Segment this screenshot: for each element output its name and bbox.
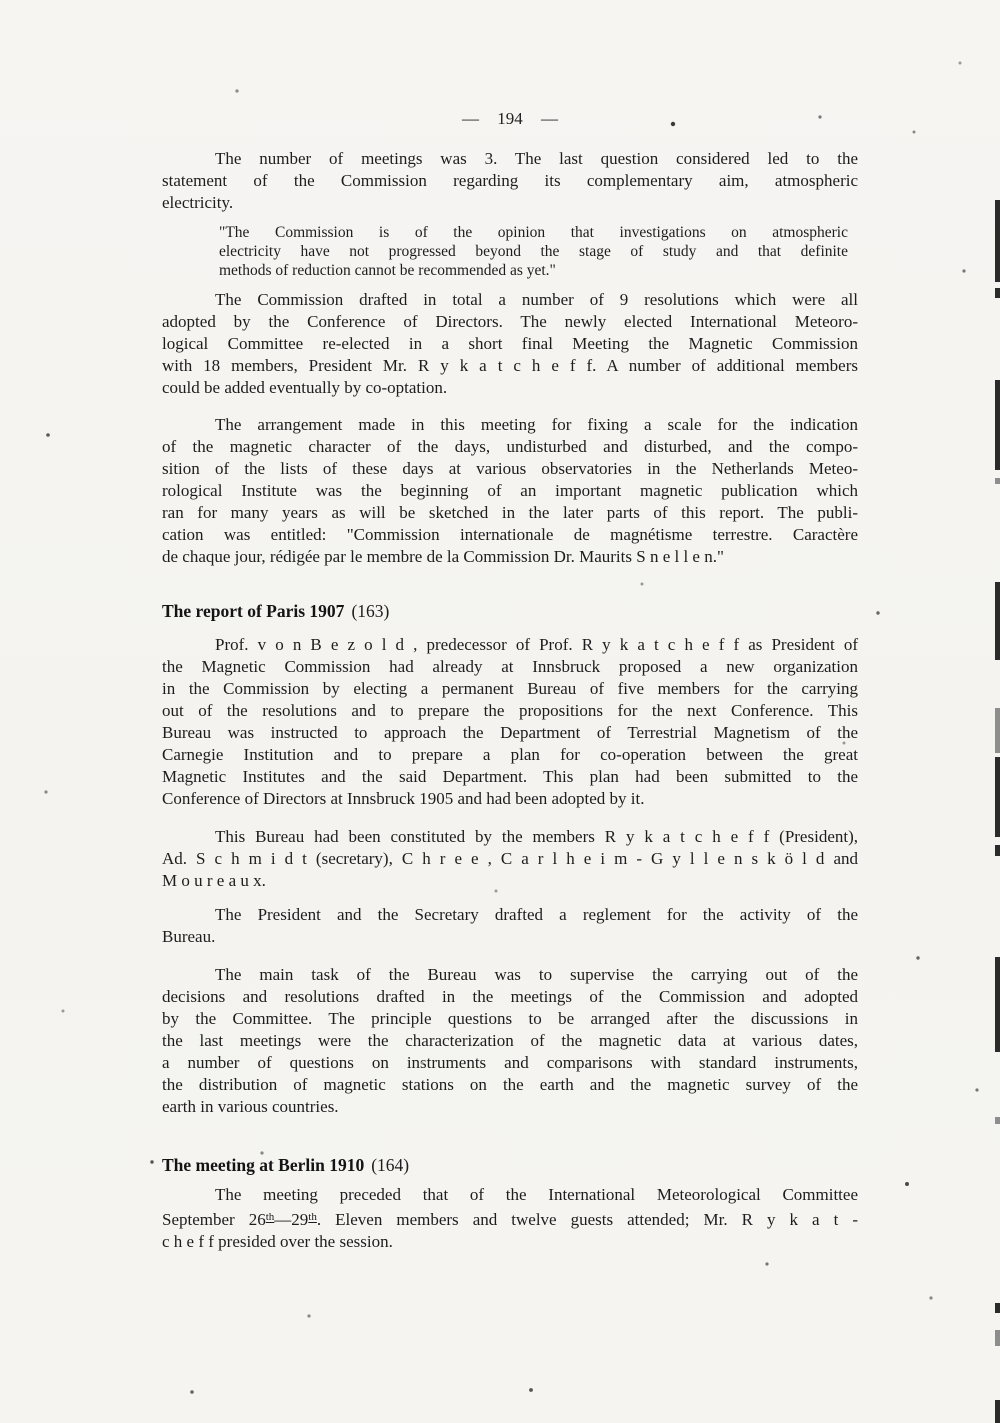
text-line: The Commission drafted in total a number… bbox=[162, 289, 858, 311]
text-line: in the Commission by electing a permanen… bbox=[162, 678, 858, 700]
edge-mark bbox=[995, 582, 1000, 660]
text-segment: —29 bbox=[274, 1210, 308, 1229]
document-page: — 194 — The number of meetings was 3. Th… bbox=[0, 0, 1000, 1423]
edge-mark bbox=[995, 1330, 1000, 1346]
edge-mark bbox=[995, 957, 1000, 1052]
text-line: cation was entitled: "Commission interna… bbox=[162, 524, 858, 546]
edge-mark bbox=[995, 1400, 1000, 1423]
text-line: decisions and resolutions drafted in the… bbox=[162, 986, 858, 1008]
text-line: of the magnetic character of the days, u… bbox=[162, 436, 858, 458]
text-line: Ad. S c h m i d t (secretary), C h r e e… bbox=[162, 848, 858, 870]
edge-mark bbox=[995, 478, 1000, 484]
text-line: with 18 members, President Mr. R y k a t… bbox=[162, 355, 858, 377]
text-line: methods of reduction cannot be recommend… bbox=[219, 261, 848, 280]
heading-ref: (164) bbox=[371, 1155, 409, 1175]
text-line: statement of the Commission regarding it… bbox=[162, 170, 858, 192]
paragraph-main-task: The main task of the Bureau was to super… bbox=[162, 964, 858, 1118]
text-line: M o u r e a u x. bbox=[162, 870, 858, 892]
text-line: sition of the lists of these days at var… bbox=[162, 458, 858, 480]
text-line: ran for many years as will be sketched i… bbox=[162, 502, 858, 524]
paragraph-resolutions: The Commission drafted in total a number… bbox=[162, 289, 858, 399]
text-line: September 26th—29th. Eleven members and … bbox=[162, 1206, 858, 1231]
edge-mark bbox=[995, 288, 1000, 298]
text-line: the distribution of magnetic stations on… bbox=[162, 1074, 858, 1096]
edge-mark bbox=[995, 200, 1000, 282]
text-line: "The Commission is of the opinion that i… bbox=[219, 223, 848, 242]
heading-ref: (163) bbox=[351, 601, 389, 621]
paragraph-bureau-members: This Bureau had been constituted by the … bbox=[162, 826, 858, 892]
text-line: earth in various countries. bbox=[162, 1096, 858, 1118]
text-line: the Magnetic Commission had already at I… bbox=[162, 656, 858, 678]
text-line: The arrangement made in this meeting for… bbox=[162, 414, 858, 436]
text-line: Carnegie Institution and to prepare a pl… bbox=[162, 744, 858, 766]
paragraph-berlin-meeting: The meeting preceded that of the Interna… bbox=[162, 1184, 858, 1253]
edge-mark bbox=[995, 1303, 1000, 1313]
text-line: de chaque jour, rédigée par le membre de… bbox=[162, 546, 858, 568]
heading-title: The report of Paris 1907 bbox=[162, 601, 344, 621]
edge-mark bbox=[995, 757, 1000, 837]
text-line: logical Committee re-elected in a short … bbox=[162, 333, 858, 355]
heading-title: The meeting at Berlin 1910 bbox=[162, 1155, 364, 1175]
heading-berlin-1910: The meeting at Berlin 1910(164) bbox=[162, 1154, 858, 1176]
edge-mark bbox=[995, 380, 1000, 470]
text-line: could be added eventually by co-optation… bbox=[162, 377, 858, 399]
text-line: The meeting preceded that of the Interna… bbox=[162, 1184, 858, 1206]
edge-mark bbox=[995, 1117, 1000, 1124]
text-line: The President and the Secretary drafted … bbox=[162, 904, 858, 926]
paragraph-von-bezold: Prof. v o n B e z o l d , predecessor of… bbox=[162, 634, 858, 810]
text-line: Bureau. bbox=[162, 926, 858, 948]
page-number: — 194 — bbox=[162, 108, 858, 130]
edge-mark bbox=[995, 708, 1000, 753]
text-segment: . Eleven members and twelve guests atten… bbox=[317, 1210, 858, 1229]
text-line: The number of meetings was 3. The last q… bbox=[162, 148, 858, 170]
edge-mark bbox=[995, 845, 1000, 856]
text-line: out of the resolutions and to prepare th… bbox=[162, 700, 858, 722]
text-line: a number of questions on instruments and… bbox=[162, 1052, 858, 1074]
text-column: — 194 — The number of meetings was 3. Th… bbox=[162, 108, 858, 1253]
blockquote-commission-opinion: "The Commission is of the opinion that i… bbox=[219, 223, 848, 280]
superscript-th: th bbox=[308, 1211, 317, 1223]
text-segment: September 26 bbox=[162, 1210, 266, 1229]
text-line: the last meetings were the characterizat… bbox=[162, 1030, 858, 1052]
text-line: Magnetic Institutes and the said Departm… bbox=[162, 766, 858, 788]
text-line: c h e f f presided over the session. bbox=[162, 1231, 858, 1253]
text-line: by the Committee. The principle question… bbox=[162, 1008, 858, 1030]
text-line: Conference of Directors at Innsbruck 190… bbox=[162, 788, 858, 810]
text-line: The main task of the Bureau was to super… bbox=[162, 964, 858, 986]
superscript-th: th bbox=[266, 1211, 275, 1223]
text-line: electricity have not progressed beyond t… bbox=[219, 242, 848, 261]
paragraph-arrangement: The arrangement made in this meeting for… bbox=[162, 414, 858, 568]
text-line: Prof. v o n B e z o l d , predecessor of… bbox=[162, 634, 858, 656]
paragraph-meeting-count: The number of meetings was 3. The last q… bbox=[162, 148, 858, 214]
text-line: This Bureau had been constituted by the … bbox=[162, 826, 858, 848]
text-line: adopted by the Conference of Directors. … bbox=[162, 311, 858, 333]
text-line: electricity. bbox=[162, 192, 858, 214]
text-line: rological Institute was the beginning of… bbox=[162, 480, 858, 502]
scan-specks bbox=[0, 0, 2, 2]
paragraph-reglement: The President and the Secretary drafted … bbox=[162, 904, 858, 948]
text-line: Bureau was instructed to approach the De… bbox=[162, 722, 858, 744]
heading-paris-1907: The report of Paris 1907(163) bbox=[162, 600, 858, 622]
